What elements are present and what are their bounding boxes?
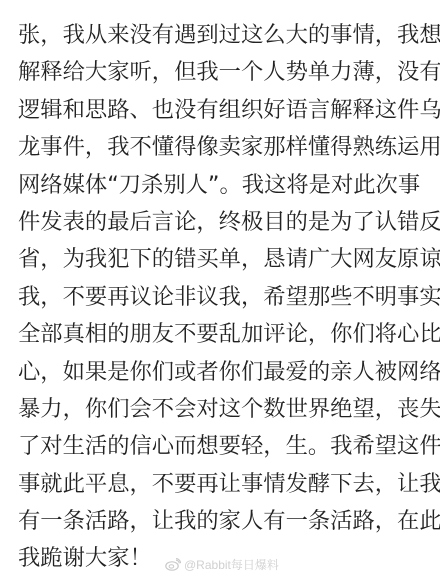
text-line-6: 件发表的最后言论，终极目的是为了认错反 <box>18 204 422 241</box>
text-line-3: 逻辑和思路、也没有组织好语言解释这件乌 <box>18 92 422 129</box>
weibo-icon <box>165 558 181 571</box>
text-line-13: 事就此平息，不要再让事情发酵下去，让我 <box>18 466 422 503</box>
text-line-10: 心，如果是你们或者你们最爱的亲人被网络 <box>18 354 422 391</box>
text-line-8: 我，不要再议论非议我，希望那些不明事实 <box>18 279 422 316</box>
watermark-text: @Rabbit每日爆料 <box>184 556 279 573</box>
weibo-watermark: @Rabbit每日爆料 <box>165 556 279 573</box>
text-line-7: 省，为我犯下的错买单，恳请广大网友原谅 <box>18 241 422 278</box>
text-line-9: 全部真相的朋友不要乱加评论，你们将心比 <box>18 316 422 353</box>
text-line-4: 龙事件，我不懂得像卖家那样懂得熟练运用 <box>18 129 422 166</box>
document-body: 张，我从来没有遇到过这么大的事情，我想 解释给大家听，但我一个人势单力薄，没有 … <box>18 17 422 578</box>
text-line-11: 暴力，你们会不会对这个数世界绝望，丧失 <box>18 391 422 428</box>
text-line-2: 解释给大家听，但我一个人势单力薄，没有 <box>18 54 422 91</box>
text-line-14: 有一条活路，让我的家人有一条活路，在此 <box>18 503 422 540</box>
text-line-1: 张，我从来没有遇到过这么大的事情，我想 <box>18 17 422 54</box>
text-line-12: 了对生活的信心而想要轻，生。我希望这件 <box>18 428 422 465</box>
text-line-5: 网络媒体“刀杀别人”。我这将是对此次事 <box>18 167 422 204</box>
